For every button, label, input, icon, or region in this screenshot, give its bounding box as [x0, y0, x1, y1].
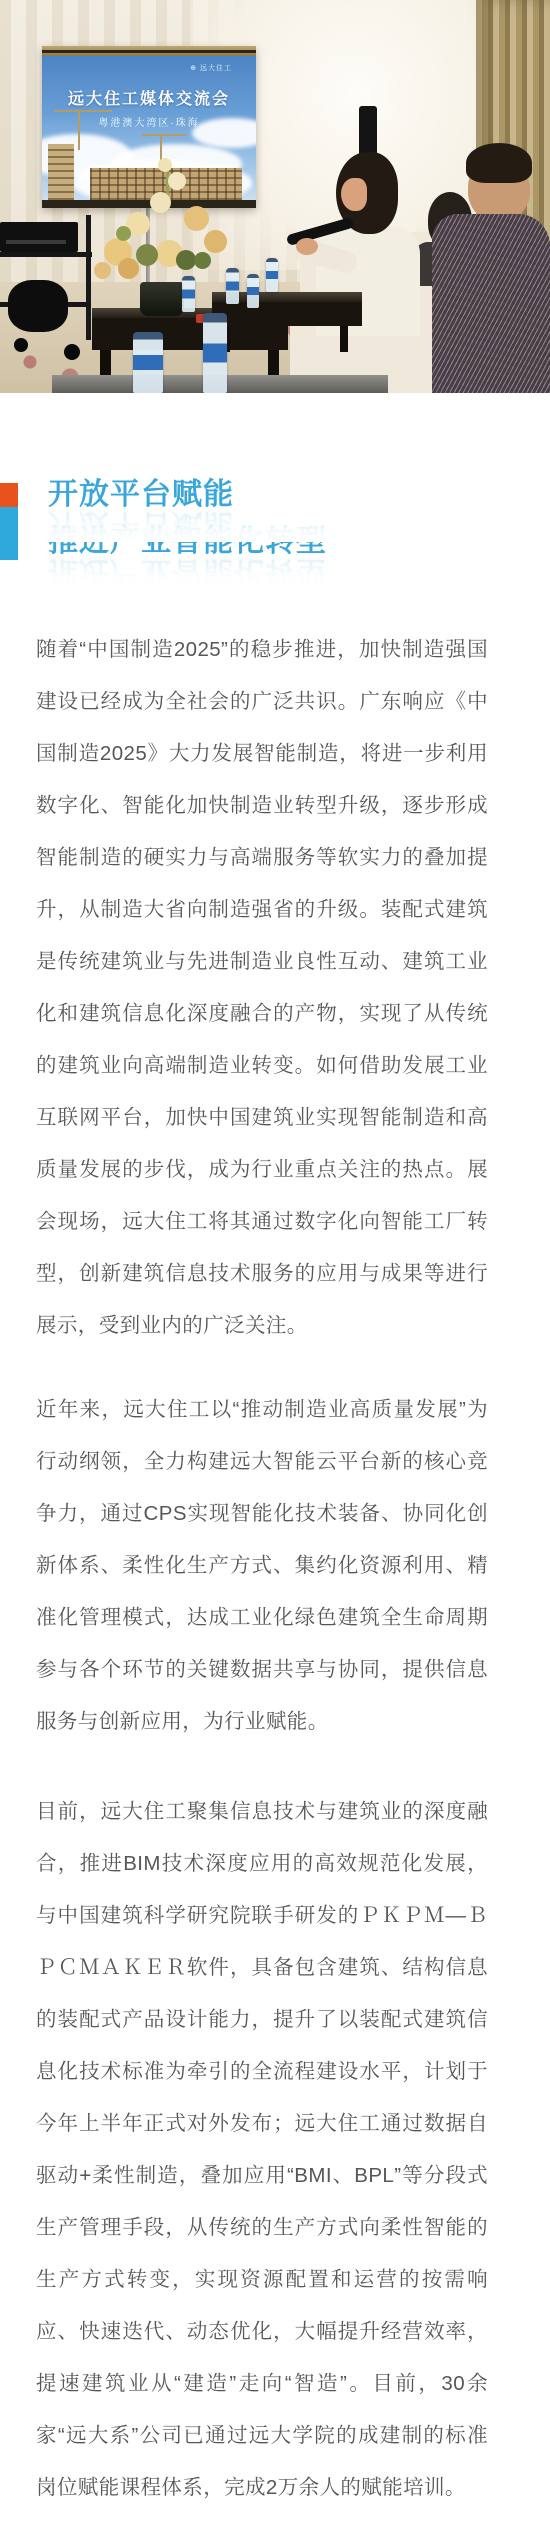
headline-accent-orange: [0, 483, 18, 507]
headline-reflection-fade: [42, 509, 524, 542]
paragraph-3: 目前，远大住工聚集信息技术与建筑业的深度融合，推进BIM技术深度应用的高效规范化…: [36, 1786, 488, 2514]
flower: [94, 262, 111, 279]
water-bottle: [226, 268, 239, 304]
cart-wheel: [64, 344, 80, 360]
av-cables: [8, 280, 68, 332]
cart-wheel: [14, 338, 28, 352]
crane-silhouette: [78, 110, 80, 150]
building-silhouette: [48, 144, 74, 200]
article-page: ⊕ 远大住工 远大住工媒体交流会 粤港澳大湾区·珠海: [0, 0, 550, 2533]
table-leg: [340, 326, 348, 352]
flower-leaf: [194, 252, 211, 269]
listening-man-striped-shirt: [432, 214, 550, 393]
av-cart-shelf: [0, 252, 92, 257]
slide-title: 远大住工媒体交流会: [42, 86, 256, 109]
crane-silhouette: [142, 134, 186, 136]
listening-man-hair: [466, 143, 532, 183]
flower: [118, 258, 139, 279]
projection-screen: ⊕ 远大住工 远大住工媒体交流会 粤港澳大湾区·珠海: [42, 46, 256, 208]
crane-silhouette: [54, 110, 112, 112]
flower: [150, 192, 171, 213]
headline-text: 开放平台赋能: [48, 479, 518, 510]
av-projector: [0, 222, 78, 252]
flower: [184, 206, 209, 231]
water-bottle: [266, 258, 278, 292]
flower-vase: [140, 282, 184, 316]
headline-accent-blue: [0, 507, 18, 560]
flower-leaf: [116, 226, 131, 241]
water-bottle: [133, 332, 163, 393]
headline: 开放平台赋能 开放平台赋能 推进产业智能化转型 推进产业智能化转型: [48, 479, 518, 573]
paragraph-1: 随着“中国制造2025”的稳步推进，加快制造强国建设已经成为全社会的广泛共识。广…: [36, 624, 488, 1352]
paragraph-2: 近年来，远大住工以“推动制造业高质量发展”为行动纲领，全力构建远大智能云平台新的…: [36, 1384, 488, 1748]
water-bottle: [247, 274, 259, 308]
flower-leaf: [176, 250, 196, 270]
screen-bottom-frame: [42, 200, 256, 208]
flower: [158, 158, 172, 172]
slide: ⊕ 远大住工 远大住工媒体交流会 粤港澳大湾区·珠海: [42, 56, 256, 200]
slide-subtitle: 粤港澳大湾区·珠海: [42, 114, 256, 129]
event-photo: ⊕ 远大住工 远大住工媒体交流会 粤港澳大湾区·珠海: [0, 0, 550, 393]
speaking-woman-hand: [296, 238, 318, 255]
screen-top-frame: [42, 46, 256, 56]
speaking-woman-face: [341, 178, 367, 211]
headline-reflection-fade: [42, 556, 524, 589]
article-body: 随着“中国制造2025”的稳步推进，加快制造强国建设已经成为全社会的广泛共识。广…: [36, 624, 488, 2514]
flower-leaf: [136, 244, 158, 266]
av-cart-post: [86, 215, 91, 340]
water-bottle: [203, 313, 227, 393]
water-bottle: [182, 276, 195, 312]
slide-logo: ⊕ 远大住工: [190, 63, 232, 73]
flower: [204, 230, 227, 253]
headline-line-1: 开放平台赋能 开放平台赋能: [48, 479, 518, 526]
flower: [168, 172, 186, 190]
